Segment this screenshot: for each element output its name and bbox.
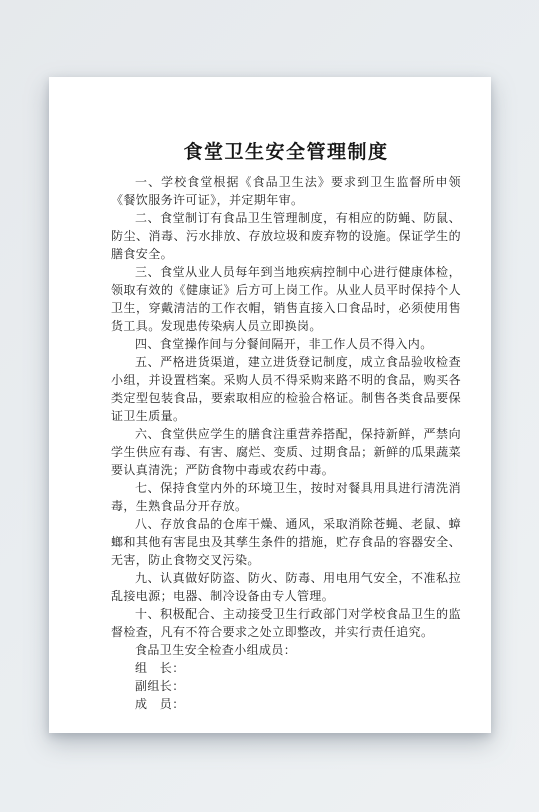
- paragraph: 二、食堂制订有食品卫生管理制度，有相应的防蝇、防鼠、防尘、消毒、污水排放、存放垃…: [111, 209, 461, 263]
- document-body: 一、学校食堂根据《食品卫生法》要求到卫生监督所申领《餐饮服务许可证》，并定期年审…: [111, 173, 461, 641]
- roster-line-deputy-leader: 副组长：: [111, 677, 461, 695]
- paragraph: 九、认真做好防盗、防火、防毒、用电用气安全，不准私拉乱接电源；电器、制冷设备由专…: [111, 569, 461, 605]
- paragraph: 八、存放食品的仓库干燥、通风，采取消除苍蝇、老鼠、蟑螂和其他有害昆虫及其孳生条件…: [111, 515, 461, 569]
- document-title: 食堂卫生安全管理制度: [111, 139, 461, 165]
- roster-line-members: 成 员：: [111, 695, 461, 713]
- roster-line-leader: 组 长：: [111, 659, 461, 677]
- paragraph: 十、积极配合、主动接受卫生行政部门对学校食品卫生的监督检查，凡有不符合要求之处立…: [111, 605, 461, 641]
- roster-heading: 食品卫生安全检查小组成员：: [111, 641, 461, 659]
- roster-section: 食品卫生安全检查小组成员： 组 长： 副组长： 成 员：: [111, 641, 461, 713]
- paragraph: 七、保持食堂内外的环境卫生，按时对餐具用具进行清洗消毒，生熟食品分开存放。: [111, 479, 461, 515]
- document-page: 食堂卫生安全管理制度 一、学校食堂根据《食品卫生法》要求到卫生监督所申领《餐饮服…: [49, 77, 491, 733]
- paragraph: 一、学校食堂根据《食品卫生法》要求到卫生监督所申领《餐饮服务许可证》，并定期年审…: [111, 173, 461, 209]
- paragraph: 四、食堂操作间与分餐间隔开，非工作人员不得入内。: [111, 335, 461, 353]
- paragraph: 三、食堂从业人员每年到当地疾病控制中心进行健康体检，领取有效的《健康证》后方可上…: [111, 263, 461, 335]
- paragraph: 五、严格进货渠道，建立进货登记制度，成立食品验收检查小组，并设置档案。采购人员不…: [111, 353, 461, 425]
- paragraph: 六、食堂供应学生的膳食注重营养搭配，保持新鲜，严禁向学生供应有毒、有害、腐烂、变…: [111, 425, 461, 479]
